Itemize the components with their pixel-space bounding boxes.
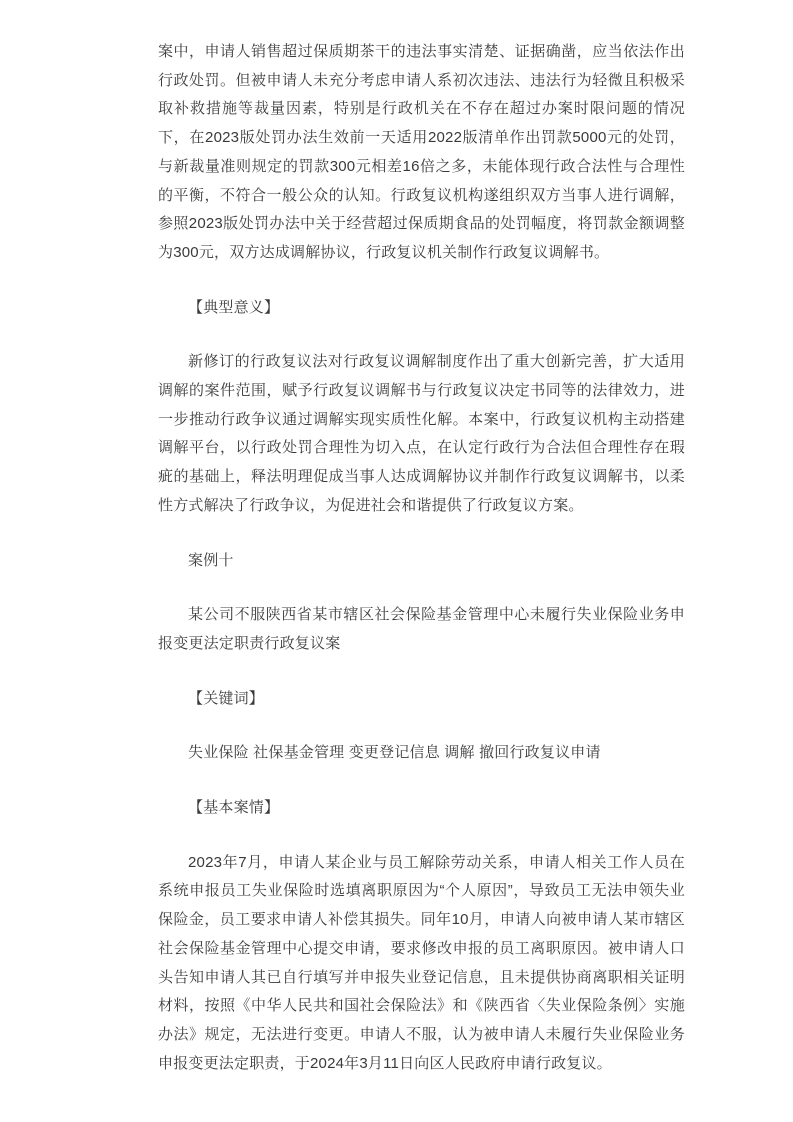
section-heading-basic-facts: 【基本案情】 — [158, 794, 685, 823]
keywords-line: 失业保险 社保基金管理 变更登记信息 调解 撤回行政复议申请 — [158, 739, 685, 768]
paragraph-basic-facts: 2023年7月，申请人某企业与员工解除劳动关系，申请人相关工作人员在系统申报员工… — [158, 849, 685, 1079]
section-heading-typical-significance: 【典型意义】 — [158, 294, 685, 323]
case-number-heading: 案例十 — [158, 547, 685, 576]
document-page: 案中，申请人销售超过保质期茶干的违法事实清楚、证据确凿，应当依法作出行政处罚。但… — [0, 0, 793, 1122]
section-heading-keywords: 【关键词】 — [158, 685, 685, 714]
paragraph-case-analysis-continuation: 案中，申请人销售超过保质期茶干的违法事实清楚、证据确凿，应当依法作出行政处罚。但… — [158, 38, 685, 268]
case-title: 某公司不服陕西省某市辖区社会保险基金管理中心未履行失业保险业务申报变更法定职责行… — [158, 601, 685, 658]
paragraph-typical-significance: 新修订的行政复议法对行政复议调解制度作出了重大创新完善，扩大适用调解的案件范围，… — [158, 348, 685, 520]
